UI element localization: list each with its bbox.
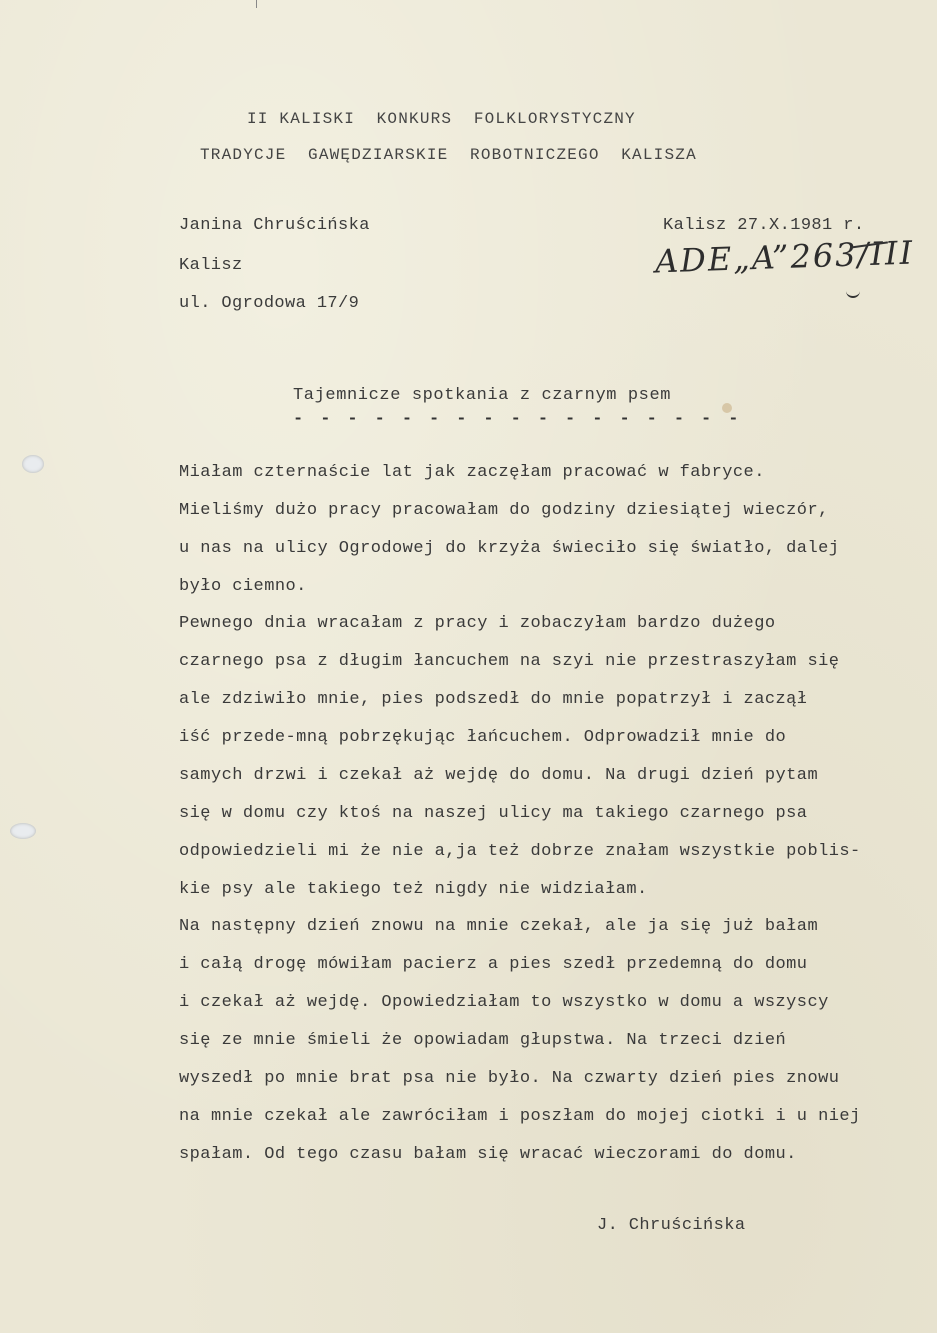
story-line: spałam. Od tego czasu bałam się wracać w…: [179, 1145, 797, 1164]
paper-mark: [256, 0, 257, 8]
story-line: iść przede-mną pobrzękując łańcuchem. Od…: [179, 728, 786, 747]
story-line: było ciemno.: [179, 577, 307, 596]
story-line: Miałam czternaście lat jak zaczęłam prac…: [179, 463, 765, 482]
document-page: II KALISKI KONKURS FOLKLORYSTYCZNY TRADY…: [0, 0, 937, 1333]
story-line: i całą drogę mówiłam pacierz a pies szed…: [179, 955, 807, 974]
story-line: samych drzwi i czekał aż wejdę do domu. …: [179, 766, 818, 785]
punch-hole-bottom: [10, 823, 36, 839]
story-line: się w domu czy ktoś na naszej ulicy ma t…: [179, 804, 807, 823]
story-line: ale zdziwiło mnie, pies podszedł do mnie…: [179, 690, 807, 709]
story-line: Na następny dzień znowu na mnie czekał, …: [179, 917, 818, 936]
story-line: czarnego psa z długim łancuchem na szyi …: [179, 652, 839, 671]
punch-hole-top: [22, 455, 44, 473]
story-line: Pewnego dnia wracałam z pracy i zobaczył…: [179, 614, 776, 633]
story-line: się ze mnie śmieli że opowiadam głupstwa…: [179, 1031, 786, 1050]
story-line: wyszedł po mnie brat psa nie było. Na cz…: [179, 1069, 839, 1088]
story-line: na mnie czekał ale zawróciłam i poszłam …: [179, 1107, 861, 1126]
story-line: i czekał aż wejdę. Opowiedziałam to wszy…: [179, 993, 829, 1012]
author-city: Kalisz: [179, 256, 243, 275]
competition-subheading: TRADYCJE GAWĘDZIARSKIE ROBOTNICZEGO KALI…: [200, 146, 697, 164]
date-line: Kalisz 27.X.1981 r.: [663, 216, 864, 235]
story-line: kie psy ale takiego też nigdy nie widzia…: [179, 880, 648, 899]
annotation-mark: [846, 290, 860, 298]
paper-stain: [722, 403, 732, 413]
story-line: Mieliśmy dużo pracy pracowałam do godzin…: [179, 501, 829, 520]
author-name: Janina Chruścińska: [179, 216, 370, 235]
archive-annotation: ADE„A”263/III: [654, 233, 914, 280]
story-line: u nas na ulicy Ogrodowej do krzyża świec…: [179, 539, 839, 558]
competition-heading: II KALISKI KONKURS FOLKLORYSTYCZNY: [247, 110, 636, 128]
title-underline: - - - - - - - - - - - - - - - - -: [293, 410, 742, 429]
story-line: odpowiedzieli mi że nie a,ja też dobrze …: [179, 842, 861, 861]
story-title: Tajemnicze spotkania z czarnym psem: [293, 386, 671, 405]
signature: J. Chruścińska: [597, 1216, 745, 1235]
author-street: ul. Ogrodowa 17/9: [179, 294, 359, 313]
